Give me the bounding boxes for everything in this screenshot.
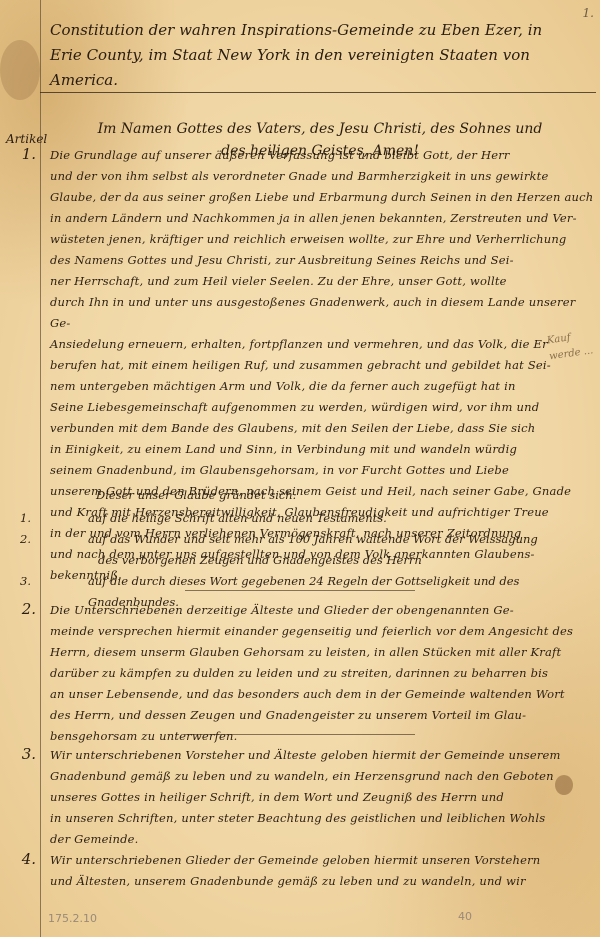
page-number: 40: [458, 910, 472, 923]
article-line: Seine Liebesgemeinschaft aufgenommen zu …: [50, 397, 595, 418]
article-line: Gnadenbund gemäß zu leben und zu wandeln…: [50, 766, 595, 787]
article-line: in Einigkeit, zu einem Land und Sinn, in…: [50, 439, 595, 460]
article-line: Herrn, diesem unserm Glauben Gehorsam zu…: [50, 642, 595, 663]
article-line: verbunden mit dem Bande des Glaubens, mi…: [50, 418, 595, 439]
invocation-line: Im Namen Gottes des Vaters, des Jesu Chr…: [50, 118, 590, 140]
article-line: Ansiedelung erneuern, erhalten, fortpfla…: [50, 334, 595, 355]
foundation-item: 2. auf das Wunder und seit mehr als 100 …: [6, 532, 596, 553]
archive-reference: 175.2.10: [48, 912, 97, 925]
article-line: des Herrn, und dessen Zeugen und Gnadeng…: [50, 705, 595, 726]
foundation-intro: Dieser unser Glaube gründet sich:: [96, 488, 297, 502]
water-stain: [0, 40, 40, 100]
article-line: berufen hat, mit einem heiligen Ruf, und…: [50, 355, 595, 376]
article-line: Wir unterschriebenen Vorsteher und Ältes…: [50, 745, 595, 766]
document-page: 1. Constitution der wahren Inspirations-…: [0, 0, 600, 937]
article-line: Wir unterschriebenen Glieder der Gemeind…: [50, 850, 595, 871]
article-line: der Gemeinde.: [50, 829, 595, 850]
article-number: 4.: [6, 850, 36, 868]
section-divider: [185, 734, 415, 735]
article-line: an unser Lebensende, und das besonders a…: [50, 684, 595, 705]
document-title: Constitution der wahren Inspirations-Gem…: [50, 18, 590, 93]
article-line: nem untergeben mächtigen Arm und Volk, d…: [50, 376, 595, 397]
title-line: Erie County, im Staat New York in den ve…: [50, 43, 590, 93]
foundation-item: des verborgenen Zeugen und Gnadengeistes…: [6, 553, 596, 574]
article-line: in andern Ländern und Nachkommen ja in a…: [50, 208, 595, 229]
article-body: Wir unterschriebenen Vorsteher und Ältes…: [50, 745, 595, 850]
article-line: meinde versprechen hiermit einander gege…: [50, 621, 595, 642]
foundation-item: 1. auf die heilige Schrift alten und neu…: [6, 511, 596, 532]
article-line: wüsteten jenen, kräftiger und reichlich …: [50, 229, 595, 250]
title-line: Constitution der wahren Inspirations-Gem…: [50, 18, 590, 43]
article-line: unseres Gottes in heiliger Schrift, in d…: [50, 787, 595, 808]
foundation-item: 3. auf die durch dieses Wort gegebenen 2…: [6, 574, 596, 595]
article-line: Die Unterschriebenen derzeitige Älteste …: [50, 600, 595, 621]
article-line: Die Grundlage auf unserer äußeren Verfas…: [50, 145, 595, 166]
artikel-label: Artikel: [6, 132, 47, 146]
article-line: ner Herrschaft, und zum Heil vieler Seel…: [50, 271, 595, 292]
foundations-list: Dieser unser Glaube gründet sich: 1. auf…: [6, 488, 596, 616]
article-line: Glaube, der da aus seiner großen Liebe u…: [50, 187, 595, 208]
article-line: seinem Gnadenbund, im Glaubensgehorsam, …: [50, 460, 595, 481]
article-line: durch Ihn in und unter uns ausgestoßenes…: [50, 292, 595, 334]
article-number: 1.: [6, 145, 36, 163]
article-number: 3.: [6, 745, 36, 763]
article-line: des Namens Gottes und Jesu Christi, zur …: [50, 250, 595, 271]
article-line: bensgehorsam zu unterwerfen.: [50, 726, 595, 747]
section-divider: [185, 590, 415, 591]
article-line: und Ältesten, unserem Gnadenbunde gemäß …: [50, 871, 595, 892]
article-line: in unseren Schriften, unter steter Beach…: [50, 808, 595, 829]
article-body: Die Unterschriebenen derzeitige Älteste …: [50, 600, 595, 747]
article-number: 2.: [6, 600, 36, 618]
title-divider: [40, 92, 596, 93]
article-body: Wir unterschriebenen Glieder der Gemeind…: [50, 850, 595, 892]
article-line: und der von ihm selbst als verordneter G…: [50, 166, 595, 187]
article-line: darüber zu kämpfen zu dulden zu leiden u…: [50, 663, 595, 684]
